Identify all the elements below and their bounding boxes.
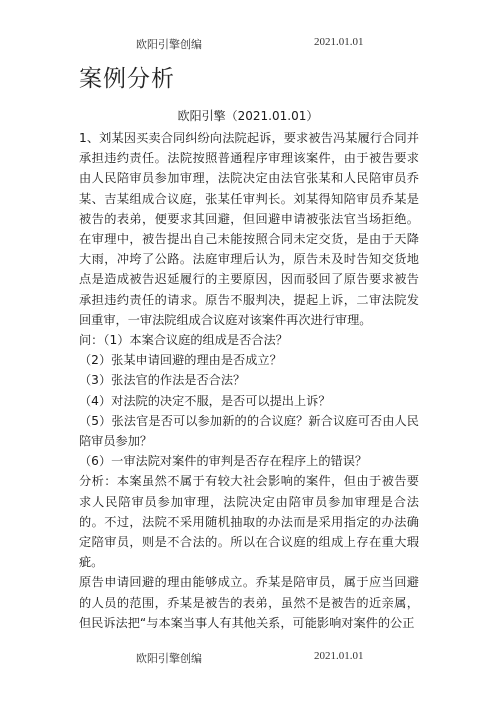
question-2: （2）张某申请回避的理由是否成立？	[79, 350, 419, 370]
question-5: （5）张法官是否可以参加新的的合议庭？新合议庭可否由人民陪审员参加？	[79, 411, 419, 451]
footer-author: 欧阳引擎创编	[136, 650, 202, 666]
footer-date: 2021.01.01	[314, 650, 364, 662]
header-date: 2021.01.01	[314, 36, 364, 48]
document-body: 1、刘某因买卖合同纠纷向法院起诉，要求被告冯某履行合同并承担违约责任。法院按照普…	[79, 128, 419, 633]
author-line: 欧阳引擎（2021.01.01）	[0, 107, 496, 124]
question-6: （6）一审法院对案件的审判是否存在程序上的错误？	[79, 451, 419, 471]
header-author: 欧阳引擎创编	[136, 36, 202, 52]
question-1: 问：（1）本案合议庭的组成是否合法？	[79, 330, 419, 350]
question-4: （4）对法院的决定不服，是否可以提出上诉？	[79, 391, 419, 411]
analysis-paragraph: 分析：本案虽然不属于有较大社会影响的案件，但由于被告要求人民陪审员参加审理，法院…	[79, 471, 419, 572]
question-3: （3）张法官的作法是否合法？	[79, 370, 419, 390]
recusal-paragraph: 原告申请回避的理由能够成立。乔某是陪审员，属于应当回避的人员的范围，乔某是被告的…	[79, 572, 419, 633]
case-paragraph: 1、刘某因买卖合同纠纷向法院起诉，要求被告冯某履行合同并承担违约责任。法院按照普…	[79, 128, 419, 330]
document-title: 案例分析	[79, 60, 175, 93]
